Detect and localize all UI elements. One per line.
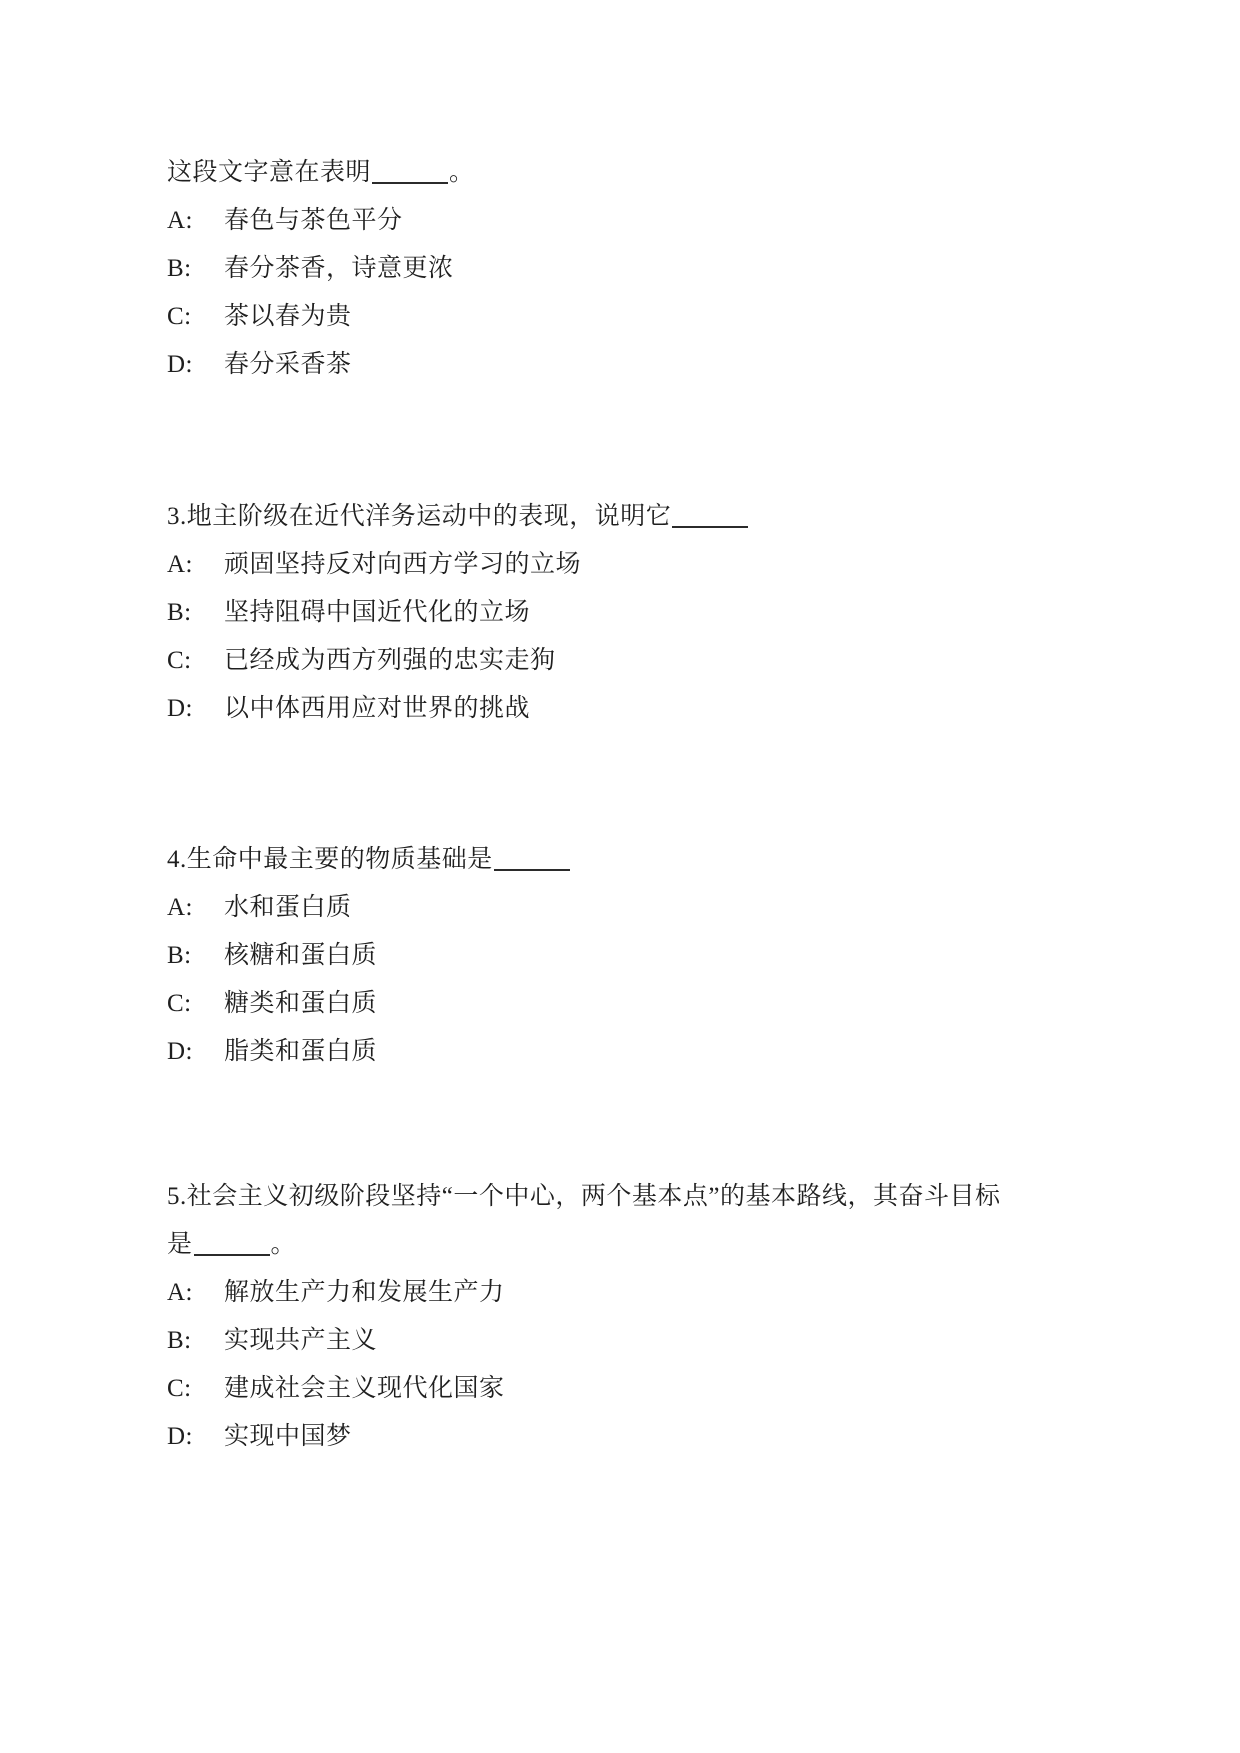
option-text: 顽固坚持反对向西方学习的立场 [224,551,581,578]
option-letter: C: [167,293,224,341]
option-letter: A: [167,884,224,932]
question-stem-line-1: 5.社会主义初级阶段坚持“一个中心，两个基本点”的基本路线，其奋斗目标 [167,1173,1200,1221]
option-text: 春色与茶色平分 [224,207,403,234]
stem-text: 3.地主阶级在近代洋务运动中的表现，说明它 [167,503,671,530]
question-stem: 这段文字意在表明。 [167,149,1200,197]
option-letter: D: [167,341,224,389]
option-a: A:水和蛋白质 [167,884,1200,932]
option-text: 春分茶香，诗意更浓 [224,255,454,282]
option-text: 实现共产主义 [224,1327,377,1354]
option-a: A:春色与茶色平分 [167,197,1200,245]
option-a: A:顽固坚持反对向西方学习的立场 [167,541,1200,589]
option-text: 春分采香茶 [224,351,352,378]
option-text: 茶以春为贵 [224,303,352,330]
option-letter: B: [167,245,224,293]
option-d: D:脂类和蛋白质 [167,1028,1200,1076]
option-text: 实现中国梦 [224,1423,352,1450]
option-text: 核糖和蛋白质 [224,942,377,969]
option-letter: B: [167,1317,224,1365]
stem-text: 是 [167,1231,193,1258]
option-letter: A: [167,1269,224,1317]
answer-blank [194,1238,270,1256]
option-b: B:坚持阻碍中国近代化的立场 [167,589,1200,637]
option-letter: A: [167,197,224,245]
question-block-4: 4.生命中最主要的物质基础是 A:水和蛋白质 B:核糖和蛋白质 C:糖类和蛋白质… [167,836,1200,1076]
option-text: 水和蛋白质 [224,894,352,921]
option-letter: D: [167,1028,224,1076]
question-stem: 4.生命中最主要的物质基础是 [167,836,1200,884]
option-d: D:以中体西用应对世界的挑战 [167,685,1200,733]
option-letter: C: [167,980,224,1028]
question-block-3: 3.地主阶级在近代洋务运动中的表现，说明它 A:顽固坚持反对向西方学习的立场 B… [167,493,1200,733]
answer-blank [494,853,570,871]
option-c: C:建成社会主义现代化国家 [167,1365,1200,1413]
option-text: 以中体西用应对世界的挑战 [224,695,530,722]
option-text: 坚持阻碍中国近代化的立场 [224,599,530,626]
question-block-5: 5.社会主义初级阶段坚持“一个中心，两个基本点”的基本路线，其奋斗目标 是。 A… [167,1173,1200,1461]
question-stem: 3.地主阶级在近代洋务运动中的表现，说明它 [167,493,1200,541]
option-b: B:实现共产主义 [167,1317,1200,1365]
answer-blank [672,510,748,528]
option-text: 解放生产力和发展生产力 [224,1279,505,1306]
option-letter: C: [167,637,224,685]
option-text: 建成社会主义现代化国家 [224,1375,505,1402]
option-letter: B: [167,589,224,637]
stem-punctuation: 。 [271,1231,297,1258]
option-d: D:实现中国梦 [167,1413,1200,1461]
question-stem-line-2: 是。 [167,1221,1200,1269]
answer-blank [372,166,448,184]
option-c: C:茶以春为贵 [167,293,1200,341]
stem-text: 5.社会主义初级阶段坚持“一个中心，两个基本点”的基本路线，其奋斗目标 [167,1183,1000,1210]
option-b: B:核糖和蛋白质 [167,932,1200,980]
option-b: B:春分茶香，诗意更浓 [167,245,1200,293]
stem-punctuation: 。 [449,159,475,186]
stem-text: 这段文字意在表明 [167,159,371,186]
option-c: C:已经成为西方列强的忠实走狗 [167,637,1200,685]
option-letter: D: [167,1413,224,1461]
option-a: A:解放生产力和发展生产力 [167,1269,1200,1317]
option-letter: B: [167,932,224,980]
option-d: D:春分采香茶 [167,341,1200,389]
stem-text: 4.生命中最主要的物质基础是 [167,846,493,873]
option-c: C:糖类和蛋白质 [167,980,1200,1028]
option-letter: D: [167,685,224,733]
question-block-2: 这段文字意在表明。 A:春色与茶色平分 B:春分茶香，诗意更浓 C:茶以春为贵 … [167,149,1200,389]
option-text: 糖类和蛋白质 [224,990,377,1017]
option-text: 已经成为西方列强的忠实走狗 [224,647,556,674]
option-letter: C: [167,1365,224,1413]
option-text: 脂类和蛋白质 [224,1038,377,1065]
option-letter: A: [167,541,224,589]
document-page: 这段文字意在表明。 A:春色与茶色平分 B:春分茶香，诗意更浓 C:茶以春为贵 … [0,0,1240,1753]
